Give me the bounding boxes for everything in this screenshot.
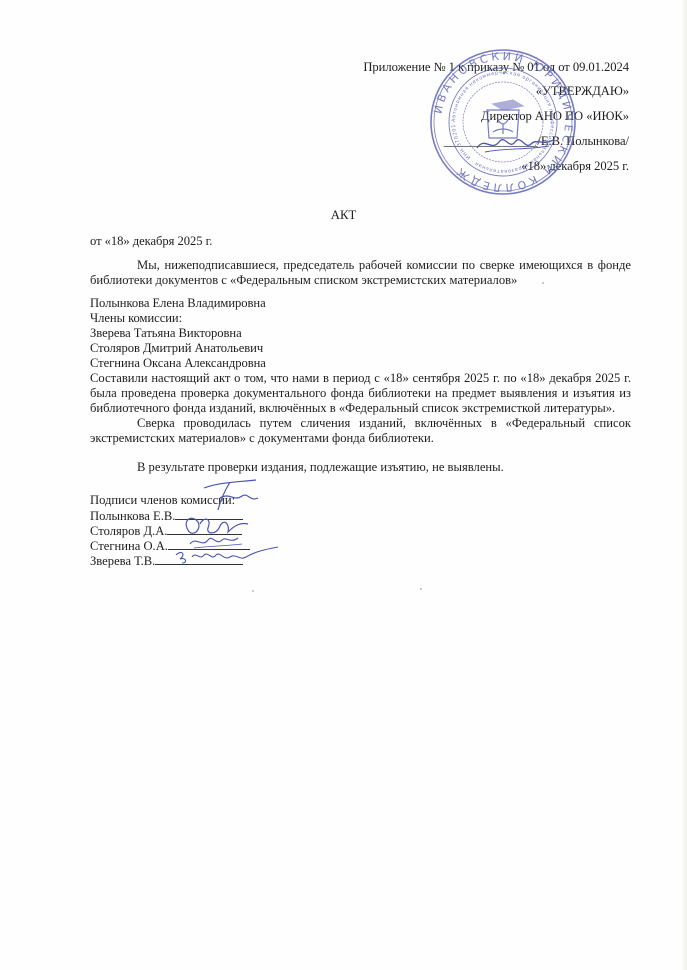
member-name: Стегнина Оксана Александровна — [90, 356, 266, 371]
organization-seal-stamp: ИВАНОВСКИЙ ЮРИДИЧЕСКИЙ КОЛЛЕДЖ Автономна… — [427, 46, 579, 198]
signature-line — [168, 538, 250, 550]
result-paragraph: В результате проверки издания, подлежащи… — [90, 460, 631, 475]
document-page: Приложение № 1 к приказу № 01 од от 09.0… — [0, 0, 687, 970]
signature-row: Стегнина О.А. — [90, 538, 250, 554]
document-date: от «18» декабря 2025 г. — [90, 234, 212, 249]
signature-row: Зверева Т.В. — [90, 553, 243, 569]
member-name: Зверева Татьяна Викторовна — [90, 326, 242, 341]
scan-speck — [252, 590, 254, 592]
signer-name: Зверева Т.В. — [90, 554, 155, 568]
members-label: Члены комиссии: — [90, 311, 182, 326]
signature-row: Столяров Д.А. — [90, 523, 242, 539]
document-title: АКТ — [0, 208, 687, 223]
member-name: Столяров Дмитрий Анатольевич — [90, 341, 263, 356]
scan-edge-shadow — [682, 0, 687, 970]
signature-row: Полынкова Е.В. — [90, 508, 243, 524]
signature-line — [175, 508, 243, 520]
scan-speck — [542, 282, 544, 284]
signatures-label: Подписи членов комиссии: — [90, 493, 235, 508]
signer-name: Стегнина О.А. — [90, 539, 168, 553]
chairman-name: Полынкова Елена Владимировна — [90, 296, 266, 311]
signer-name: Полынкова Е.В. — [90, 509, 175, 523]
signature-line — [167, 523, 242, 535]
signature-line — [155, 553, 243, 565]
statement-paragraph: Составили настоящий акт о том, что нами … — [90, 371, 631, 416]
scan-speck — [420, 588, 422, 590]
intro-paragraph: Мы, нижеподписавшиеся, председатель рабо… — [90, 258, 631, 288]
method-paragraph: Сверка проводилась путем сличения издани… — [90, 416, 631, 446]
signer-name: Столяров Д.А. — [90, 524, 167, 538]
